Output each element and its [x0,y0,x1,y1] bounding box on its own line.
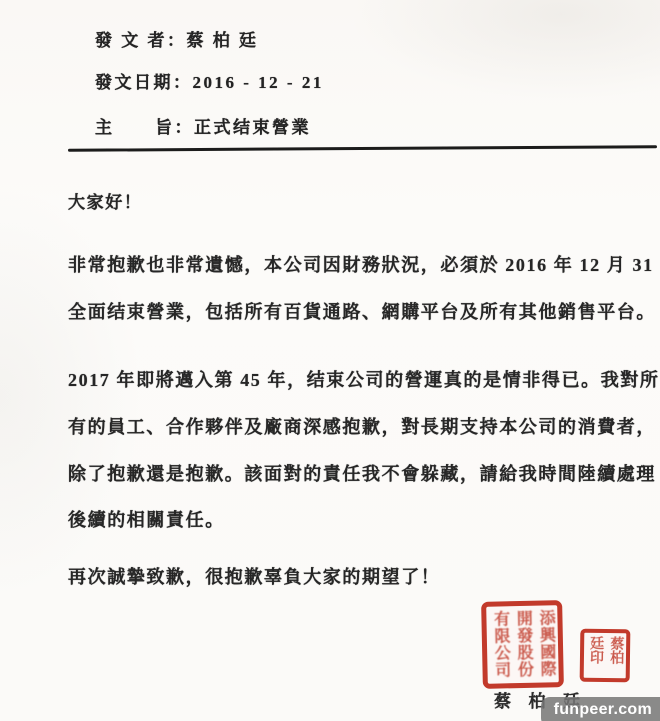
company-seal-stamp: 添興國際開發股份有限公司 [481,600,564,689]
field-date-value: 2016 - 12 - 21 [193,73,324,92]
paragraph1-line2: 全面结束營業，包括所有百貨通路、網購平台及所有其他銷售平台。 [68,298,656,324]
greeting-line: 大家好！ [68,188,142,213]
field-date-colon: ： [173,73,193,92]
paragraph2-line1: 2017 年即將邁入第 45 年，结束公司的營運真的是情非得已。我對所 [68,366,660,392]
paragraph2-line3: 除了抱歉還是抱歉。該面對的責任我不會躲藏，請給我時間陸續處理 [68,460,656,486]
paragraph1-line1: 非常抱歉也非常遺憾，本公司因財務狀況，必須於 2016 年 12 月 31 日 [68,251,660,277]
personal-seal-stamp: 蔡柏廷印 [580,629,631,683]
scanned-closure-letter: 發 文 者：蔡 柏 廷 發文日期：2016 - 12 - 21 主 旨：正式结束… [0,0,660,721]
field-subject-value: 正式结束營業 [194,118,311,137]
paragraph3-line1: 再次誠摯致歉，很抱歉辜負大家的期望了！ [68,563,440,589]
field-date-label: 發文日期 [95,73,173,92]
field-subject-colon: ： [175,118,195,137]
paragraph2-line2: 有的員工、合作夥伴及廠商深感抱歉，對長期支持本公司的消費者， [68,413,656,439]
watermark-badge: funpeer.com [541,697,660,721]
company-seal-glyphs: 添興國際開發股份有限公司 [488,609,558,680]
personal-seal-glyphs: 蔡柏廷印 [584,635,625,676]
field-subject-label: 主 旨 [95,118,175,137]
paragraph2-line4: 後續的相關責任。 [68,506,225,532]
